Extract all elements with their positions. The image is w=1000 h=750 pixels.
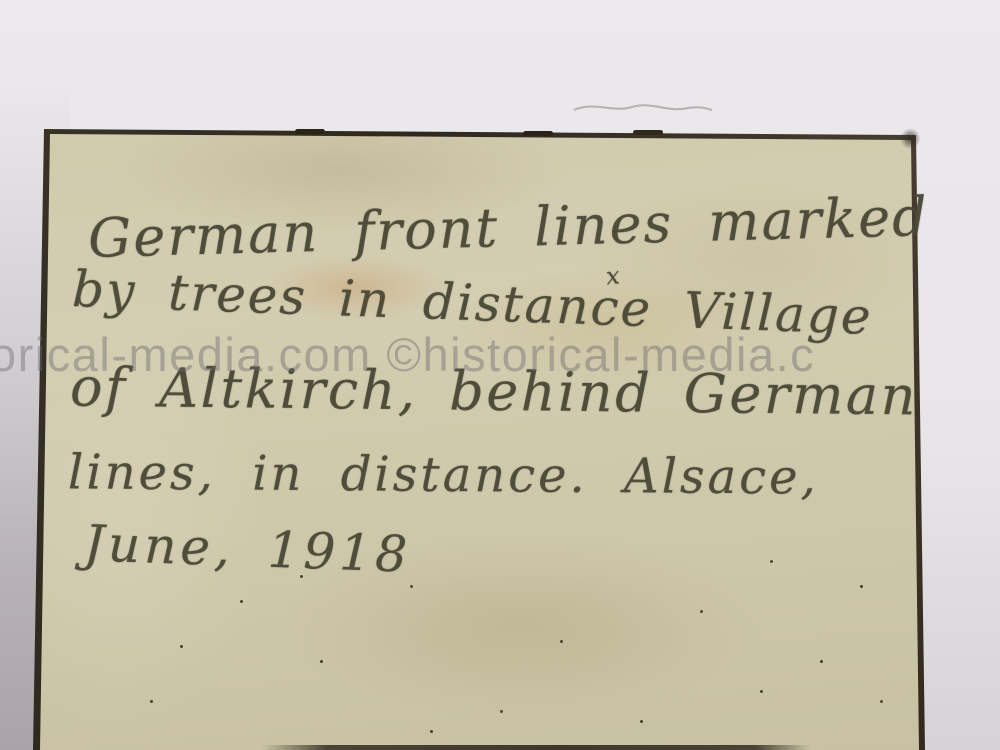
handwriting-line-5: June, 1918: [83, 514, 412, 583]
stray-pencil-mark: x: [605, 261, 621, 290]
paper-speckles: [240, 600, 243, 603]
photo-backdrop: German front lines marked by trees in di…: [0, 0, 1000, 750]
handwriting-line-4: lines, in distance. Alsace,: [68, 444, 819, 505]
top-edge-wear-marks: [295, 129, 325, 134]
handwriting-line-3: of Altkirch, behind German: [70, 356, 919, 428]
bottom-dark-edge: [262, 745, 810, 750]
